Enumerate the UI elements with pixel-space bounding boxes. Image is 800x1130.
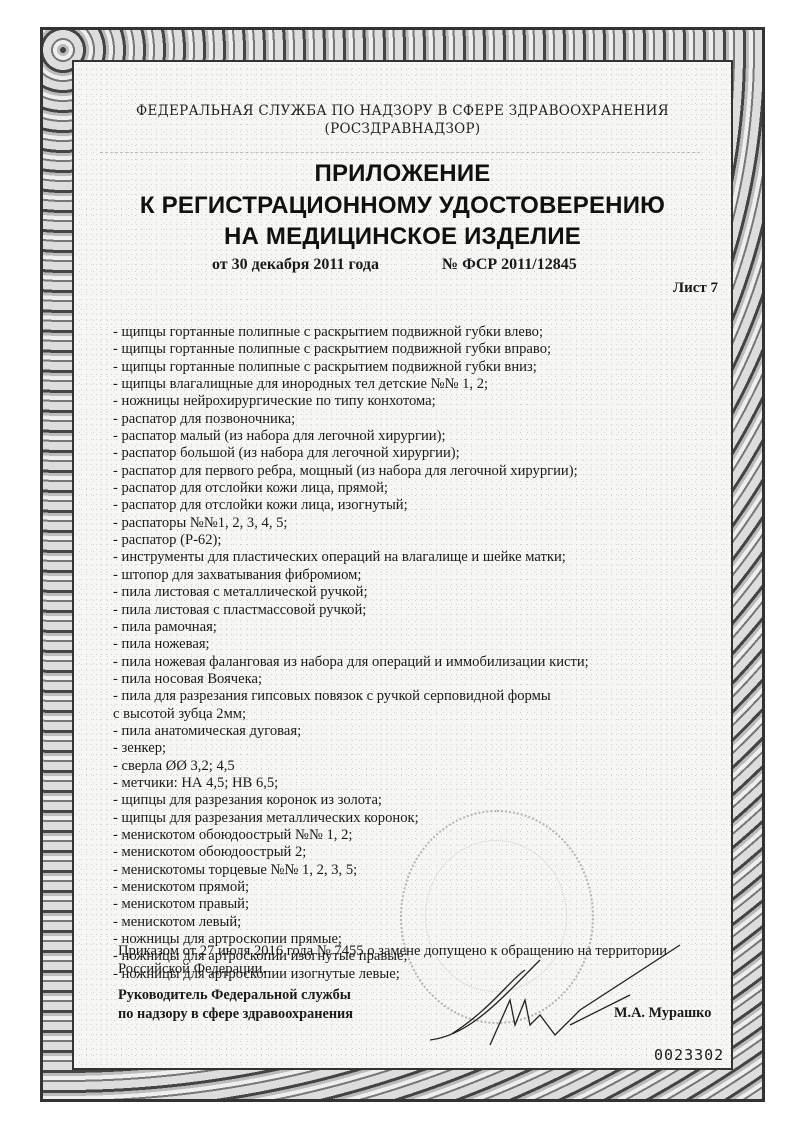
list-item: - пила ножевая фаланговая из набора для …: [113, 654, 713, 671]
divider: [100, 152, 700, 153]
list-item: - инструменты для пластических операций …: [113, 549, 713, 566]
list-item: - штопор для захватывания фибромиом;: [113, 567, 713, 584]
signer-title-line-1: Руководитель Федеральной службы: [118, 986, 353, 1005]
list-item: - пила носовая Воячека;: [113, 671, 713, 688]
list-item: - щипцы гортанные полипные с раскрытием …: [113, 341, 713, 358]
list-item: - пила для разрезания гипсовых повязок с…: [113, 688, 713, 705]
serial-number: 0023302: [654, 1046, 724, 1064]
list-item: - щипцы гортанные полипные с раскрытием …: [113, 324, 713, 341]
signer-title: Руководитель Федеральной службы по надзо…: [118, 986, 353, 1024]
list-item: - распатор для отслойки кожи лица, изогн…: [113, 497, 713, 514]
agency-abbreviation: (РОСЗДРАВНАДЗОР): [72, 121, 733, 137]
list-item: - зенкер;: [113, 740, 713, 757]
document-title: ПРИЛОЖЕНИЕ: [72, 160, 733, 188]
list-item: - метчики: НА 4,5; НВ 6,5;: [113, 775, 713, 792]
list-item: - менискотом обоюдоострый 2;: [113, 844, 713, 861]
registration-date: от 30 декабря 2011 года: [212, 256, 379, 274]
list-item: - сверла ØØ 3,2; 4,5: [113, 758, 713, 775]
list-item: - распатор малый (из набора для легочной…: [113, 428, 713, 445]
list-item: - щипцы для разрезания металлических кор…: [113, 810, 713, 827]
list-item: с высотой зубца 2мм;: [113, 706, 713, 723]
list-item: - пила листовая с пластмассовой ручкой;: [113, 602, 713, 619]
agency-name: ФЕДЕРАЛЬНАЯ СЛУЖБА ПО НАДЗОРУ В СФЕРЕ ЗД…: [72, 103, 733, 119]
list-item: - менискотом обоюдоострый №№ 1, 2;: [113, 827, 713, 844]
list-item: - распатор для отслойки кожи лица, прямо…: [113, 480, 713, 497]
sheet-number: Лист 7: [673, 280, 718, 297]
list-item: - пила листовая с металлической ручкой;: [113, 584, 713, 601]
list-item: - распатор (Р-62);: [113, 532, 713, 549]
list-item: - распатор для позвоночника;: [113, 411, 713, 428]
registration-number: № ФСР 2011/12845: [442, 256, 577, 274]
document-subtitle-1: К РЕГИСТРАЦИОННОМУ УДОСТОВЕРЕНИЮ: [72, 192, 733, 220]
signer-title-line-2: по надзору в сфере здравоохранения: [118, 1005, 353, 1024]
list-item: - пила рамочная;: [113, 619, 713, 636]
list-item: - распаторы №№1, 2, 3, 4, 5;: [113, 515, 713, 532]
list-item: - распатор большой (из набора для легочн…: [113, 445, 713, 462]
signature-icon: [430, 940, 710, 1050]
document-subtitle-2: НА МЕДИЦИНСКОЕ ИЗДЕЛИЕ: [72, 223, 733, 251]
list-item: - пила анатомическая дуговая;: [113, 723, 713, 740]
signer-name: М.А. Мурашко: [614, 1005, 711, 1022]
list-item: - пила ножевая;: [113, 636, 713, 653]
list-item: - щипцы для разрезания коронок из золота…: [113, 792, 713, 809]
list-item: - распатор для первого ребра, мощный (из…: [113, 463, 713, 480]
list-item: - щипцы гортанные полипные с раскрытием …: [113, 359, 713, 376]
list-item: - ножницы нейрохирургические по типу кон…: [113, 393, 713, 410]
list-item: - щипцы влагалищные для инородных тел де…: [113, 376, 713, 393]
